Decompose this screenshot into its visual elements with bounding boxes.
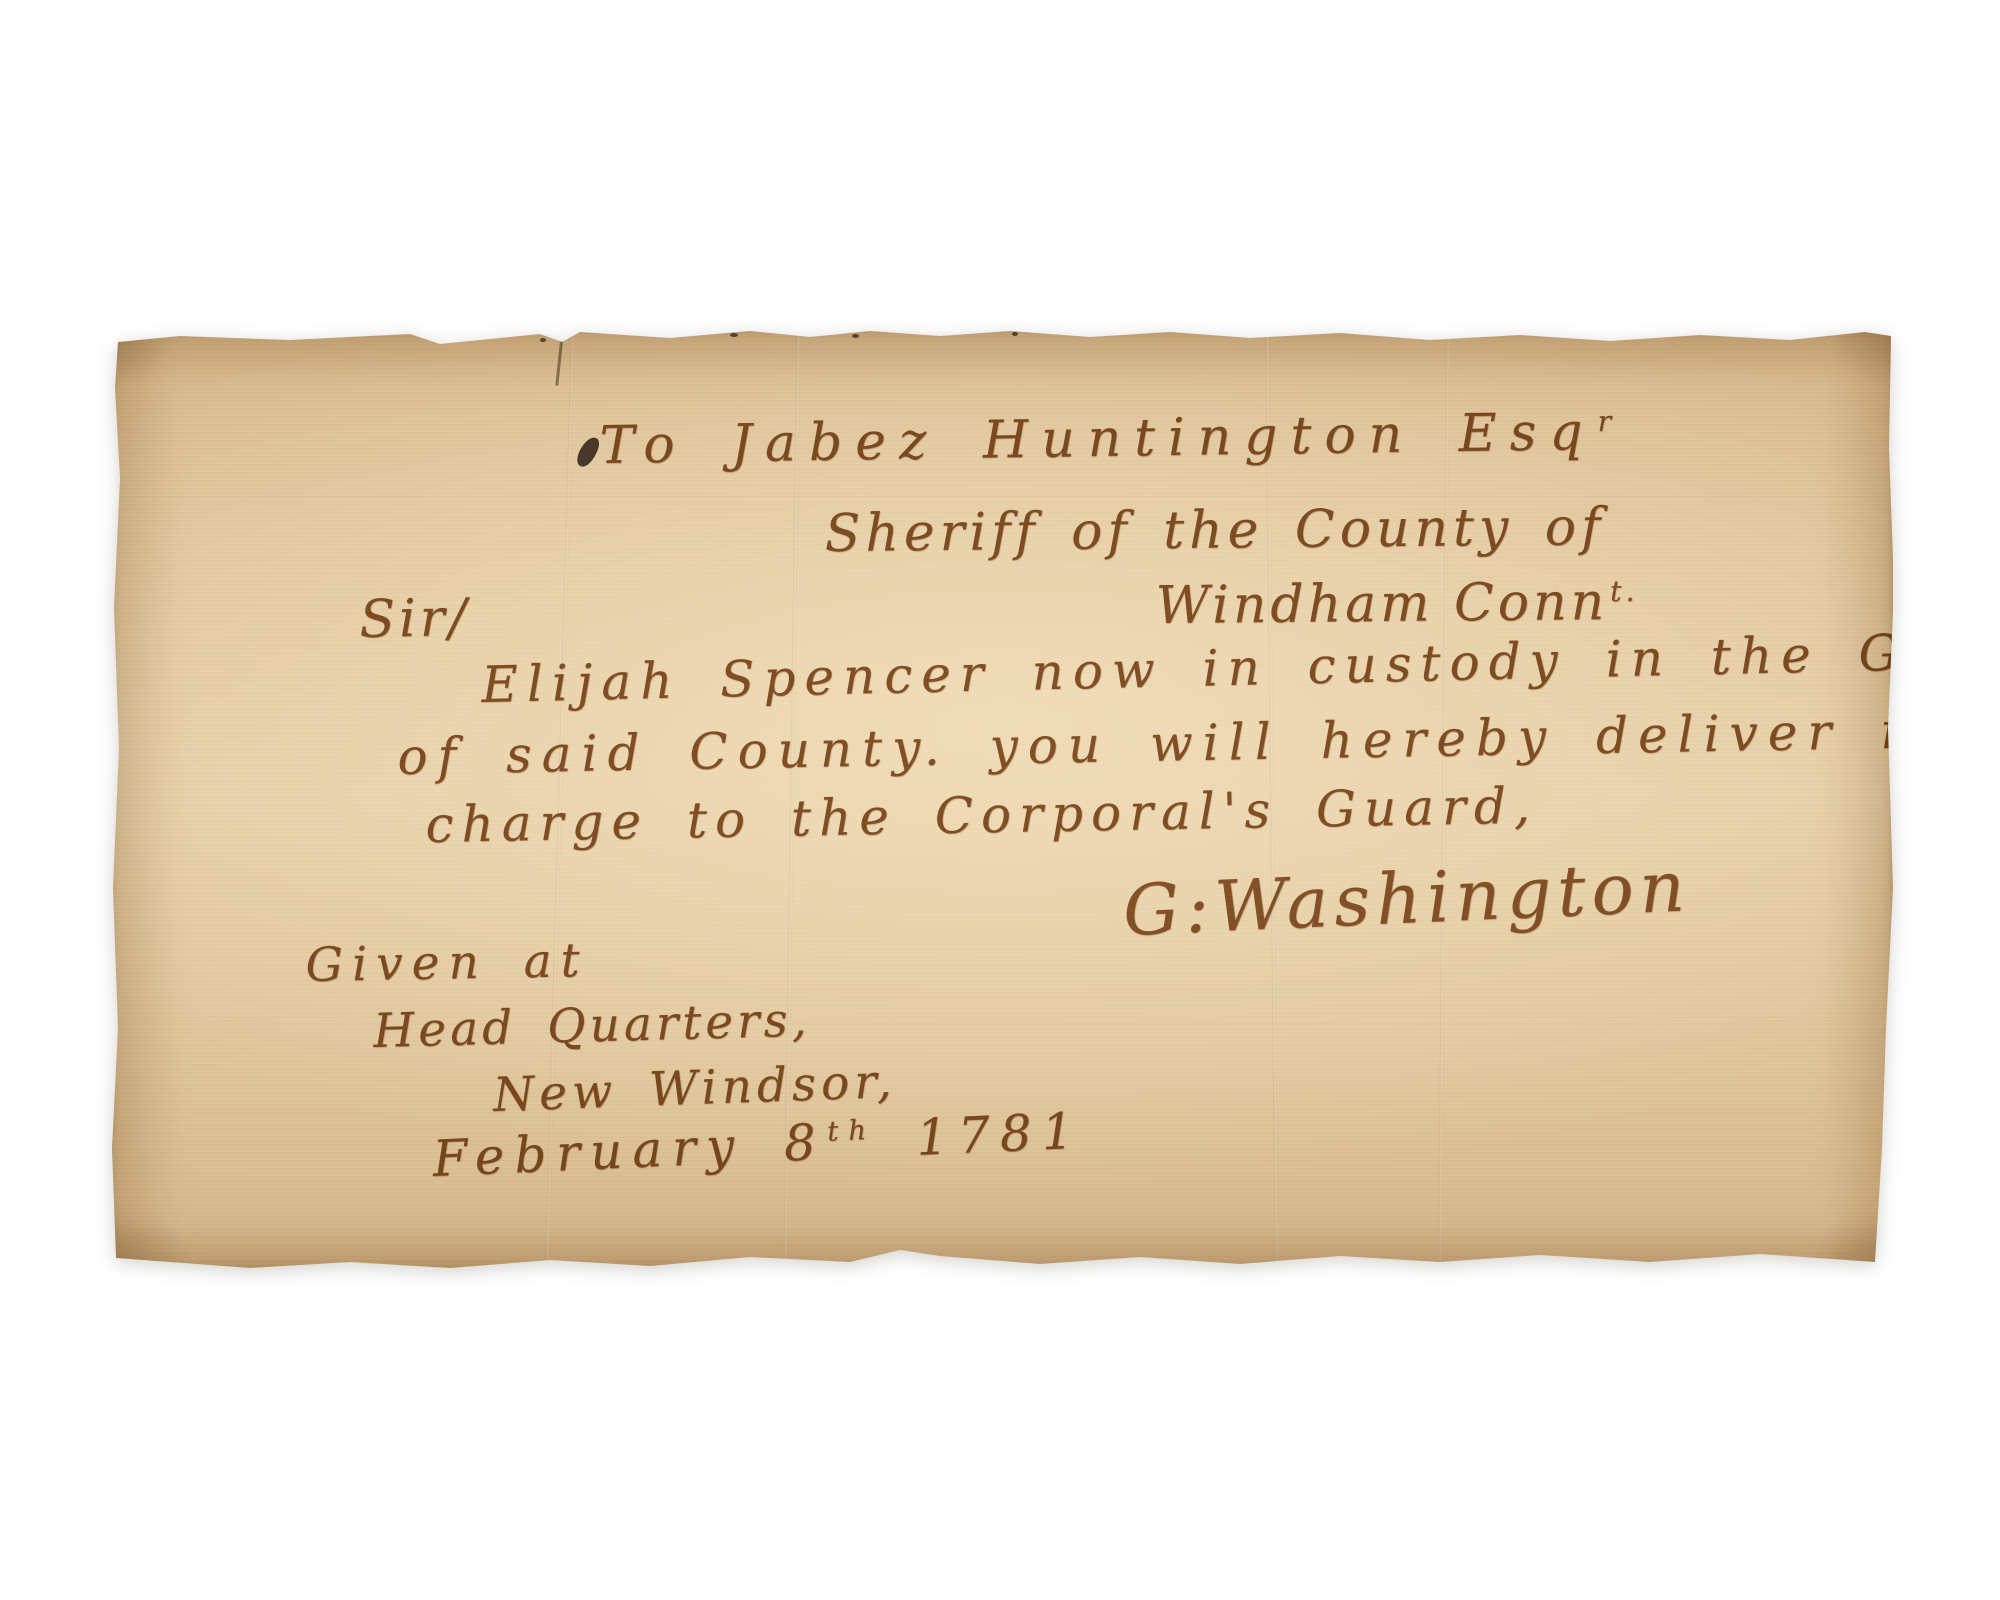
address-line-1: To Jabez Huntington Esqr [599,402,1625,476]
ink-blot [574,434,602,470]
date-text: February 8 [431,1113,826,1188]
fold-crease-horizontal-1 [110,496,1893,499]
address-line-3: Windham Connt. [1155,572,1638,636]
address-line-3-text: Windham Conn [1155,572,1608,636]
address-line-2-text: Sheriff of the County of [824,497,1605,564]
paper-tear-mark [555,334,563,386]
closing-line-2: Head Quarters, [373,993,812,1059]
paper-speck [540,338,546,342]
paper-speck [730,333,738,337]
paper-speck [1012,332,1018,336]
address-line-3-superscript: t. [1610,573,1639,607]
address-line-1-superscript: r [1597,403,1624,437]
photo-background: To Jabez Huntington Esqr Sheriff of the … [0,0,2000,1600]
paper-sheet: To Jabez Huntington Esqr Sheriff of the … [110,328,1893,1270]
document-paper: To Jabez Huntington Esqr Sheriff of the … [110,328,1893,1270]
body-line-2: of said County. you will hereby deliver … [397,701,1950,786]
paper-speck [852,334,859,338]
date-superscript: th [827,1114,877,1148]
signature: G:Washington [1121,845,1692,952]
address-line-2: Sheriff of the County of [824,497,1605,564]
date-year: 1781 [875,1102,1084,1169]
salutation: Sir/ [359,588,471,650]
closing-line-1: Given at [305,933,589,993]
body-line-3: charge to the Corporal's Guard, [425,777,1538,854]
